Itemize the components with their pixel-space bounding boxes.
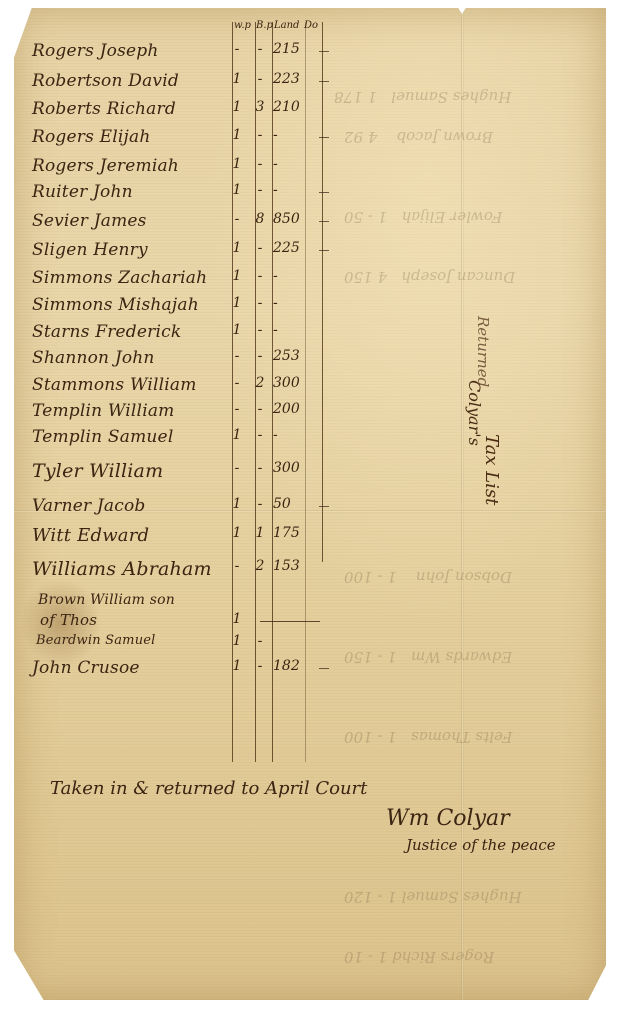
entry-name: Robertson David — [32, 71, 179, 91]
entry-land: 50 — [273, 496, 317, 512]
entry-name: Williams Abraham — [32, 558, 212, 580]
table-row: Sevier James - 8 850 — [14, 211, 606, 241]
header-bp: B.p — [256, 20, 273, 31]
table-row: Rogers Elijah 1 - - — [14, 127, 606, 157]
entry-bp: - — [250, 427, 270, 443]
entry-name: Witt Edward — [32, 525, 149, 546]
entry-wp: 1 — [226, 182, 248, 198]
entry-land: 253 — [273, 348, 317, 364]
entry-land: - — [273, 295, 317, 311]
entry-bp: - — [250, 348, 270, 364]
entry-bp: - — [250, 496, 270, 512]
entry-bp: 8 — [250, 211, 270, 227]
entry-wp: 1 — [226, 99, 248, 115]
entry-bp: - — [250, 295, 270, 311]
entry-name: Roberts Richard — [32, 99, 176, 119]
entry-name: Templin Samuel — [32, 427, 173, 447]
entry-dash — [319, 137, 329, 138]
entry-bp: 2 — [250, 375, 270, 391]
entry-bp: - — [250, 633, 270, 649]
entry-dash — [319, 51, 329, 52]
entry-land: 210 — [273, 99, 317, 115]
table-row: Williams Abraham - 2 153 — [14, 558, 606, 588]
entry-dash — [319, 192, 329, 193]
entry-land: 182 — [273, 658, 317, 674]
entry-land: 850 — [273, 211, 317, 227]
table-row: Tyler William - - 300 — [14, 460, 606, 490]
entry-wp: 1 — [226, 611, 248, 627]
entry-bp: 1 — [250, 525, 270, 541]
entry-wp: - — [226, 41, 248, 57]
entry-name: Simmons Zachariah — [32, 268, 207, 288]
entry-wp: - — [226, 348, 248, 364]
entry-wp: 1 — [226, 322, 248, 338]
entry-name: Ruiter John — [32, 182, 133, 202]
table-row: Witt Edward 1 1 175 — [14, 525, 606, 555]
entry-wp: - — [226, 375, 248, 391]
entry-dash — [319, 506, 329, 507]
table-row: Sligen Henry 1 - 225 — [14, 240, 606, 270]
table-row: Varner Jacob 1 - 50 — [14, 496, 606, 526]
entry-name: Rogers Elijah — [32, 127, 150, 147]
entry-land: - — [273, 427, 317, 443]
entry-bp: - — [250, 658, 270, 674]
entry-bp: - — [250, 182, 270, 198]
entry-land: - — [273, 127, 317, 143]
table-row: Roberts Richard 1 3 210 — [14, 99, 606, 129]
entry-land: 223 — [273, 71, 317, 87]
header-extra: Do — [304, 20, 318, 31]
entry-wp: 1 — [226, 295, 248, 311]
entry-name: Tyler William — [32, 460, 163, 482]
entry-name: Simmons Mishajah — [32, 295, 199, 315]
entry-name: Brown William son — [38, 592, 175, 608]
entry-bp: - — [250, 41, 270, 57]
entry-name: Templin William — [32, 401, 175, 421]
table-row: Templin Samuel 1 - - — [14, 427, 606, 457]
entry-wp: 1 — [226, 525, 248, 541]
entry-dash — [319, 81, 329, 82]
table-row: John Crusoe 1 - 182 — [14, 658, 606, 688]
entry-bp: 3 — [250, 99, 270, 115]
entry-dash — [319, 221, 329, 222]
entry-name: Beardwin Samuel — [36, 633, 156, 648]
header-land: Land — [274, 20, 299, 31]
entry-land: 200 — [273, 401, 317, 417]
entry-name: Rogers Jeremiah — [32, 156, 179, 176]
table-row: Ruiter John 1 - - — [14, 182, 606, 212]
table-row: Shannon John - - 253 — [14, 348, 606, 378]
document-page: Hughes Samuel 1 178 Brown Jacob 4 92 Fow… — [14, 8, 606, 1000]
entry-land: - — [273, 268, 317, 284]
entry-bp: - — [250, 71, 270, 87]
entry-wp: 1 — [226, 427, 248, 443]
entry-land: 215 — [273, 41, 317, 57]
entry-wp: 1 — [226, 658, 248, 674]
entry-bp: - — [250, 127, 270, 143]
entry-dash — [319, 250, 329, 251]
entry-land: - — [273, 182, 317, 198]
entry-bp: - — [250, 240, 270, 256]
entry-wp: - — [226, 460, 248, 476]
return-note: Taken in & returned to April Court — [50, 778, 367, 799]
entry-bp: - — [250, 156, 270, 172]
bleed-through-text: Hughes Samuel 1 - 120 — [344, 888, 522, 906]
bleed-through-text: Felts Thomas 1 - 100 — [344, 728, 512, 746]
entry-name: Starns Frederick — [32, 322, 181, 342]
entry-land: 300 — [273, 460, 317, 476]
entry-name: of Thos — [40, 611, 97, 629]
entry-wp: 1 — [226, 496, 248, 512]
header-wp: w.p — [234, 20, 251, 31]
entry-dash — [319, 668, 329, 669]
entry-bp: - — [250, 460, 270, 476]
entry-bp: - — [250, 268, 270, 284]
entry-bp: 2 — [250, 558, 270, 574]
table-row: Simmons Zachariah 1 - - — [14, 268, 606, 298]
entry-wp: 1 — [226, 240, 248, 256]
entry-name: John Crusoe — [32, 658, 140, 678]
entry-wp: 1 — [226, 71, 248, 87]
table-row: Robertson David 1 - 223 — [14, 71, 606, 101]
entry-name: Varner Jacob — [32, 496, 146, 516]
entry-wp: - — [226, 211, 248, 227]
entry-bp: - — [250, 401, 270, 417]
paper-notch — [457, 6, 467, 14]
table-row: Simmons Mishajah 1 - - — [14, 295, 606, 325]
bleed-through-text: Rogers Richd 1 - 10 — [344, 948, 494, 966]
table-row: Rogers Joseph - - 215 — [14, 41, 606, 71]
entry-name: Shannon John — [32, 348, 155, 368]
entry-land: 153 — [273, 558, 317, 574]
entry-wp: - — [226, 558, 248, 574]
signature-title: Justice of the peace — [406, 836, 556, 854]
entry-name: Sevier James — [32, 211, 147, 231]
entry-wp: 1 — [226, 127, 248, 143]
entry-dash — [260, 621, 320, 622]
entry-land: 300 — [273, 375, 317, 391]
entry-wp: 1 — [226, 156, 248, 172]
entry-name: Stammons William — [32, 375, 197, 395]
entry-land: - — [273, 156, 317, 172]
entry-land: 175 — [273, 525, 317, 541]
signature: Wm Colyar — [386, 806, 510, 831]
entry-land: 225 — [273, 240, 317, 256]
entry-land: - — [273, 322, 317, 338]
entry-wp: 1 — [226, 633, 248, 649]
entry-name: Sligen Henry — [32, 240, 148, 260]
entry-wp: - — [226, 401, 248, 417]
entry-bp: - — [250, 322, 270, 338]
entry-wp: 1 — [226, 268, 248, 284]
entry-name: Rogers Joseph — [32, 41, 159, 61]
